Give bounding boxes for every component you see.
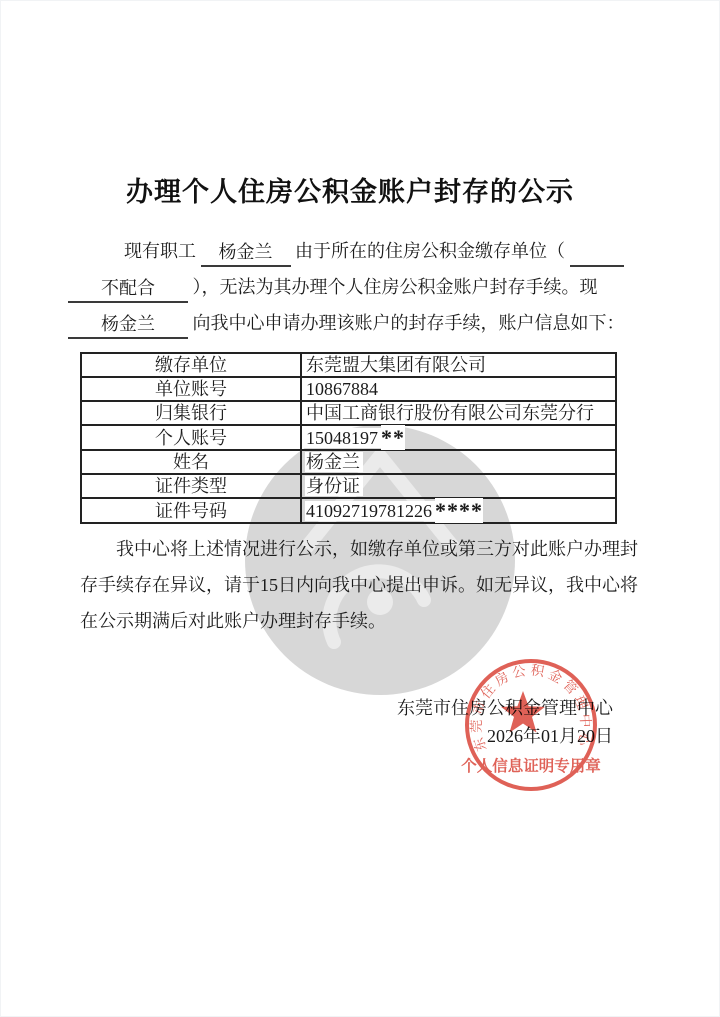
notice-title: 办理个人住房公积金账户封存的公示 xyxy=(80,170,620,209)
row-value: 41092719781226 xyxy=(305,501,435,521)
issue-date: 2026年01月20日 xyxy=(80,722,613,750)
row-label: 单位账号 xyxy=(81,377,301,401)
closing-line-2: 存手续存在异议，请于15日内向我中心提出申诉。如无异议，我中心将 xyxy=(80,567,644,603)
table-row-personal-account: 个人账号 15048197** xyxy=(81,425,616,450)
intro-line2-rest: ），无法为其办理个人住房公积金账户封存手续。现 xyxy=(193,277,598,297)
table-row-name: 姓名 杨金兰 xyxy=(81,450,616,474)
issuing-org-name: 东莞市住房公积金管理中心 xyxy=(80,694,613,722)
intro-line3-rest: 向我中心申请办理该账户的封存手续，账户信息如下： xyxy=(193,313,625,333)
applicant-name-blank: 杨金兰 xyxy=(68,311,188,339)
row-value-cell: 中国工商银行股份有限公司东莞分行 xyxy=(301,401,616,425)
document-page-body: { "title": "办理个人住房公积金账户封存的公示", "para1": … xyxy=(0,0,720,1017)
account-info-table: 缴存单位 东莞盟大集团有限公司 单位账号 10867884 归集银行 中国工商银… xyxy=(80,352,617,524)
row-value: 东莞盟大集团有限公司 xyxy=(305,355,489,375)
row-value: 身份证 xyxy=(305,476,363,496)
table-row-collecting-bank: 归集银行 中国工商银行股份有限公司东莞分行 xyxy=(81,401,616,425)
row-label: 缴存单位 xyxy=(81,353,301,377)
masked-digits: **** xyxy=(435,498,483,523)
intro-line-3: 杨金兰 向我中心申请办理该账户的封存手续，账户信息如下： xyxy=(80,305,642,341)
table-row-id-type: 证件类型 身份证 xyxy=(81,474,616,498)
intro-paragraph: 现有职工 杨金兰 由于所在的住房公积金缴存单位（ 不配合 ），无法为其办理个人住… xyxy=(80,233,642,341)
row-value: 杨金兰 xyxy=(305,452,363,472)
row-label: 证件类型 xyxy=(81,474,301,498)
row-value-cell: 15048197** xyxy=(301,425,616,450)
masked-digits: ** xyxy=(381,425,405,450)
intro-line-1: 现有职工 杨金兰 由于所在的住房公积金缴存单位（ xyxy=(80,233,642,269)
closing-paragraph: 我中心将上述情况进行公示，如缴存单位或第三方对此账户办理封 存手续存在异议，请于… xyxy=(80,531,644,639)
row-label: 归集银行 xyxy=(81,401,301,425)
notice-content: 办理个人住房公积金账户封存的公示 现有职工 杨金兰 由于所在的住房公积金缴存单位… xyxy=(0,0,720,1017)
signature-block: 东莞市住房公积金管理中心 2026年01月20日 xyxy=(80,694,613,750)
table-row-id-number: 证件号码 41092719781226**** xyxy=(81,498,616,523)
intro-line1-rest: 由于所在的住房公积金缴存单位（ xyxy=(295,241,565,261)
row-label: 证件号码 xyxy=(81,498,301,523)
row-value: 15048197 xyxy=(305,428,381,448)
row-value: 中国工商银行股份有限公司东莞分行 xyxy=(305,403,597,423)
closing-line-1: 我中心将上述情况进行公示，如缴存单位或第三方对此账户办理封 xyxy=(80,531,644,567)
intro-line-2: 不配合 ），无法为其办理个人住房公积金账户封存手续。现 xyxy=(80,269,642,305)
account-info-table-body: 缴存单位 东莞盟大集团有限公司 单位账号 10867884 归集银行 中国工商银… xyxy=(81,353,616,523)
table-row-deposit-unit: 缴存单位 东莞盟大集团有限公司 xyxy=(81,353,616,377)
intro-line1-prefix: 现有职工 xyxy=(124,241,196,261)
row-value-cell: 身份证 xyxy=(301,474,616,498)
row-value: 10867884 xyxy=(305,379,381,399)
reason-blank-value: 不配合 xyxy=(68,275,188,303)
row-value-cell: 杨金兰 xyxy=(301,450,616,474)
row-label: 个人账号 xyxy=(81,425,301,450)
row-value-cell: 东莞盟大集团有限公司 xyxy=(301,353,616,377)
table-row-unit-account: 单位账号 10867884 xyxy=(81,377,616,401)
closing-line-3: 在公示期满后对此账户办理封存手续。 xyxy=(80,603,644,639)
row-value-cell: 10867884 xyxy=(301,377,616,401)
row-label: 姓名 xyxy=(81,450,301,474)
notice-document-page: 办理个人住房公积金账户封存的公示 现有职工 杨金兰 由于所在的住房公积金缴存单位… xyxy=(0,0,720,1017)
row-value-cell: 41092719781226**** xyxy=(301,498,616,523)
reason-blank-start xyxy=(570,265,624,267)
employee-name-blank: 杨金兰 xyxy=(201,239,291,267)
